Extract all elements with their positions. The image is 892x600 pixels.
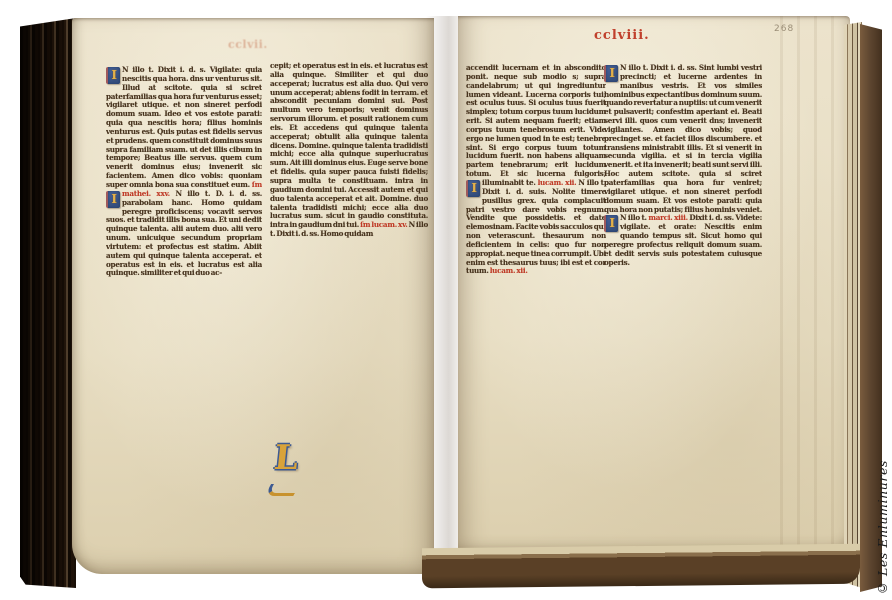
left-page-stack-edge bbox=[20, 18, 76, 588]
right-page-edges bbox=[844, 22, 862, 588]
pencil-folio-number: 268 bbox=[774, 24, 794, 34]
body-text: N illo t. Dixit i. d. ss. Sint lumbi ves… bbox=[604, 64, 762, 214]
body-text: N illo t. Dixit i. d. s. Vigilate: quia … bbox=[106, 66, 262, 189]
rubric-text: marci. xiii. bbox=[648, 213, 689, 222]
rubric-text: lucam. xii. bbox=[490, 266, 528, 275]
rubric-text: ſm lucam. xv. bbox=[360, 220, 409, 229]
manuscript-photo: cclvii. IN illo t. Dixit i. d. s. Vigila… bbox=[0, 0, 892, 600]
right-column-1: accendit lucernam et in abscondito ponit… bbox=[466, 64, 606, 478]
illuminated-initial: I bbox=[106, 191, 120, 208]
illuminated-initial: I bbox=[466, 180, 480, 197]
body-text: N illo t. D. i. d. ss. parabolam hanc. H… bbox=[106, 189, 262, 278]
rubric-text: lucam. xii. bbox=[538, 178, 579, 187]
flourished-initial: L bbox=[265, 438, 305, 498]
left-column-1: IN illo t. Dixit i. d. s. Vigilate: quia… bbox=[106, 66, 262, 482]
right-running-head: cclviii. bbox=[594, 28, 650, 43]
left-page: cclvii. IN illo t. Dixit i. d. s. Vigila… bbox=[72, 18, 434, 574]
illuminated-initial: I bbox=[604, 65, 618, 82]
bottom-board-edge bbox=[422, 544, 860, 589]
body-text: cepit; et operatus est in eis. et lucrat… bbox=[270, 62, 428, 229]
body-text: N illo t. bbox=[620, 213, 648, 222]
right-column-2: IN illo t. Dixit i. d. ss. Sint lumbi ve… bbox=[604, 64, 762, 468]
photo-credit: © Les Enluminures bbox=[875, 460, 890, 596]
body-text: accendit lucernam et in abscondito ponit… bbox=[466, 64, 606, 187]
page-creases bbox=[766, 16, 836, 550]
left-running-head: cclvii. bbox=[228, 38, 268, 51]
body-text: Dixit i. d. ss. Videte: vigilate. et ora… bbox=[604, 213, 762, 266]
illuminated-initial: I bbox=[604, 215, 618, 232]
left-column-2: cepit; et operatus est in eis. et lucrat… bbox=[270, 62, 428, 496]
right-page: cclviii. 268 accendit lucernam et in abs… bbox=[458, 16, 850, 550]
body-text: N illo t. Dixit i. d. suis. Nolite timer… bbox=[466, 178, 606, 275]
open-book: cclvii. IN illo t. Dixit i. d. s. Vigila… bbox=[20, 12, 862, 588]
illuminated-initial: I bbox=[106, 67, 120, 84]
